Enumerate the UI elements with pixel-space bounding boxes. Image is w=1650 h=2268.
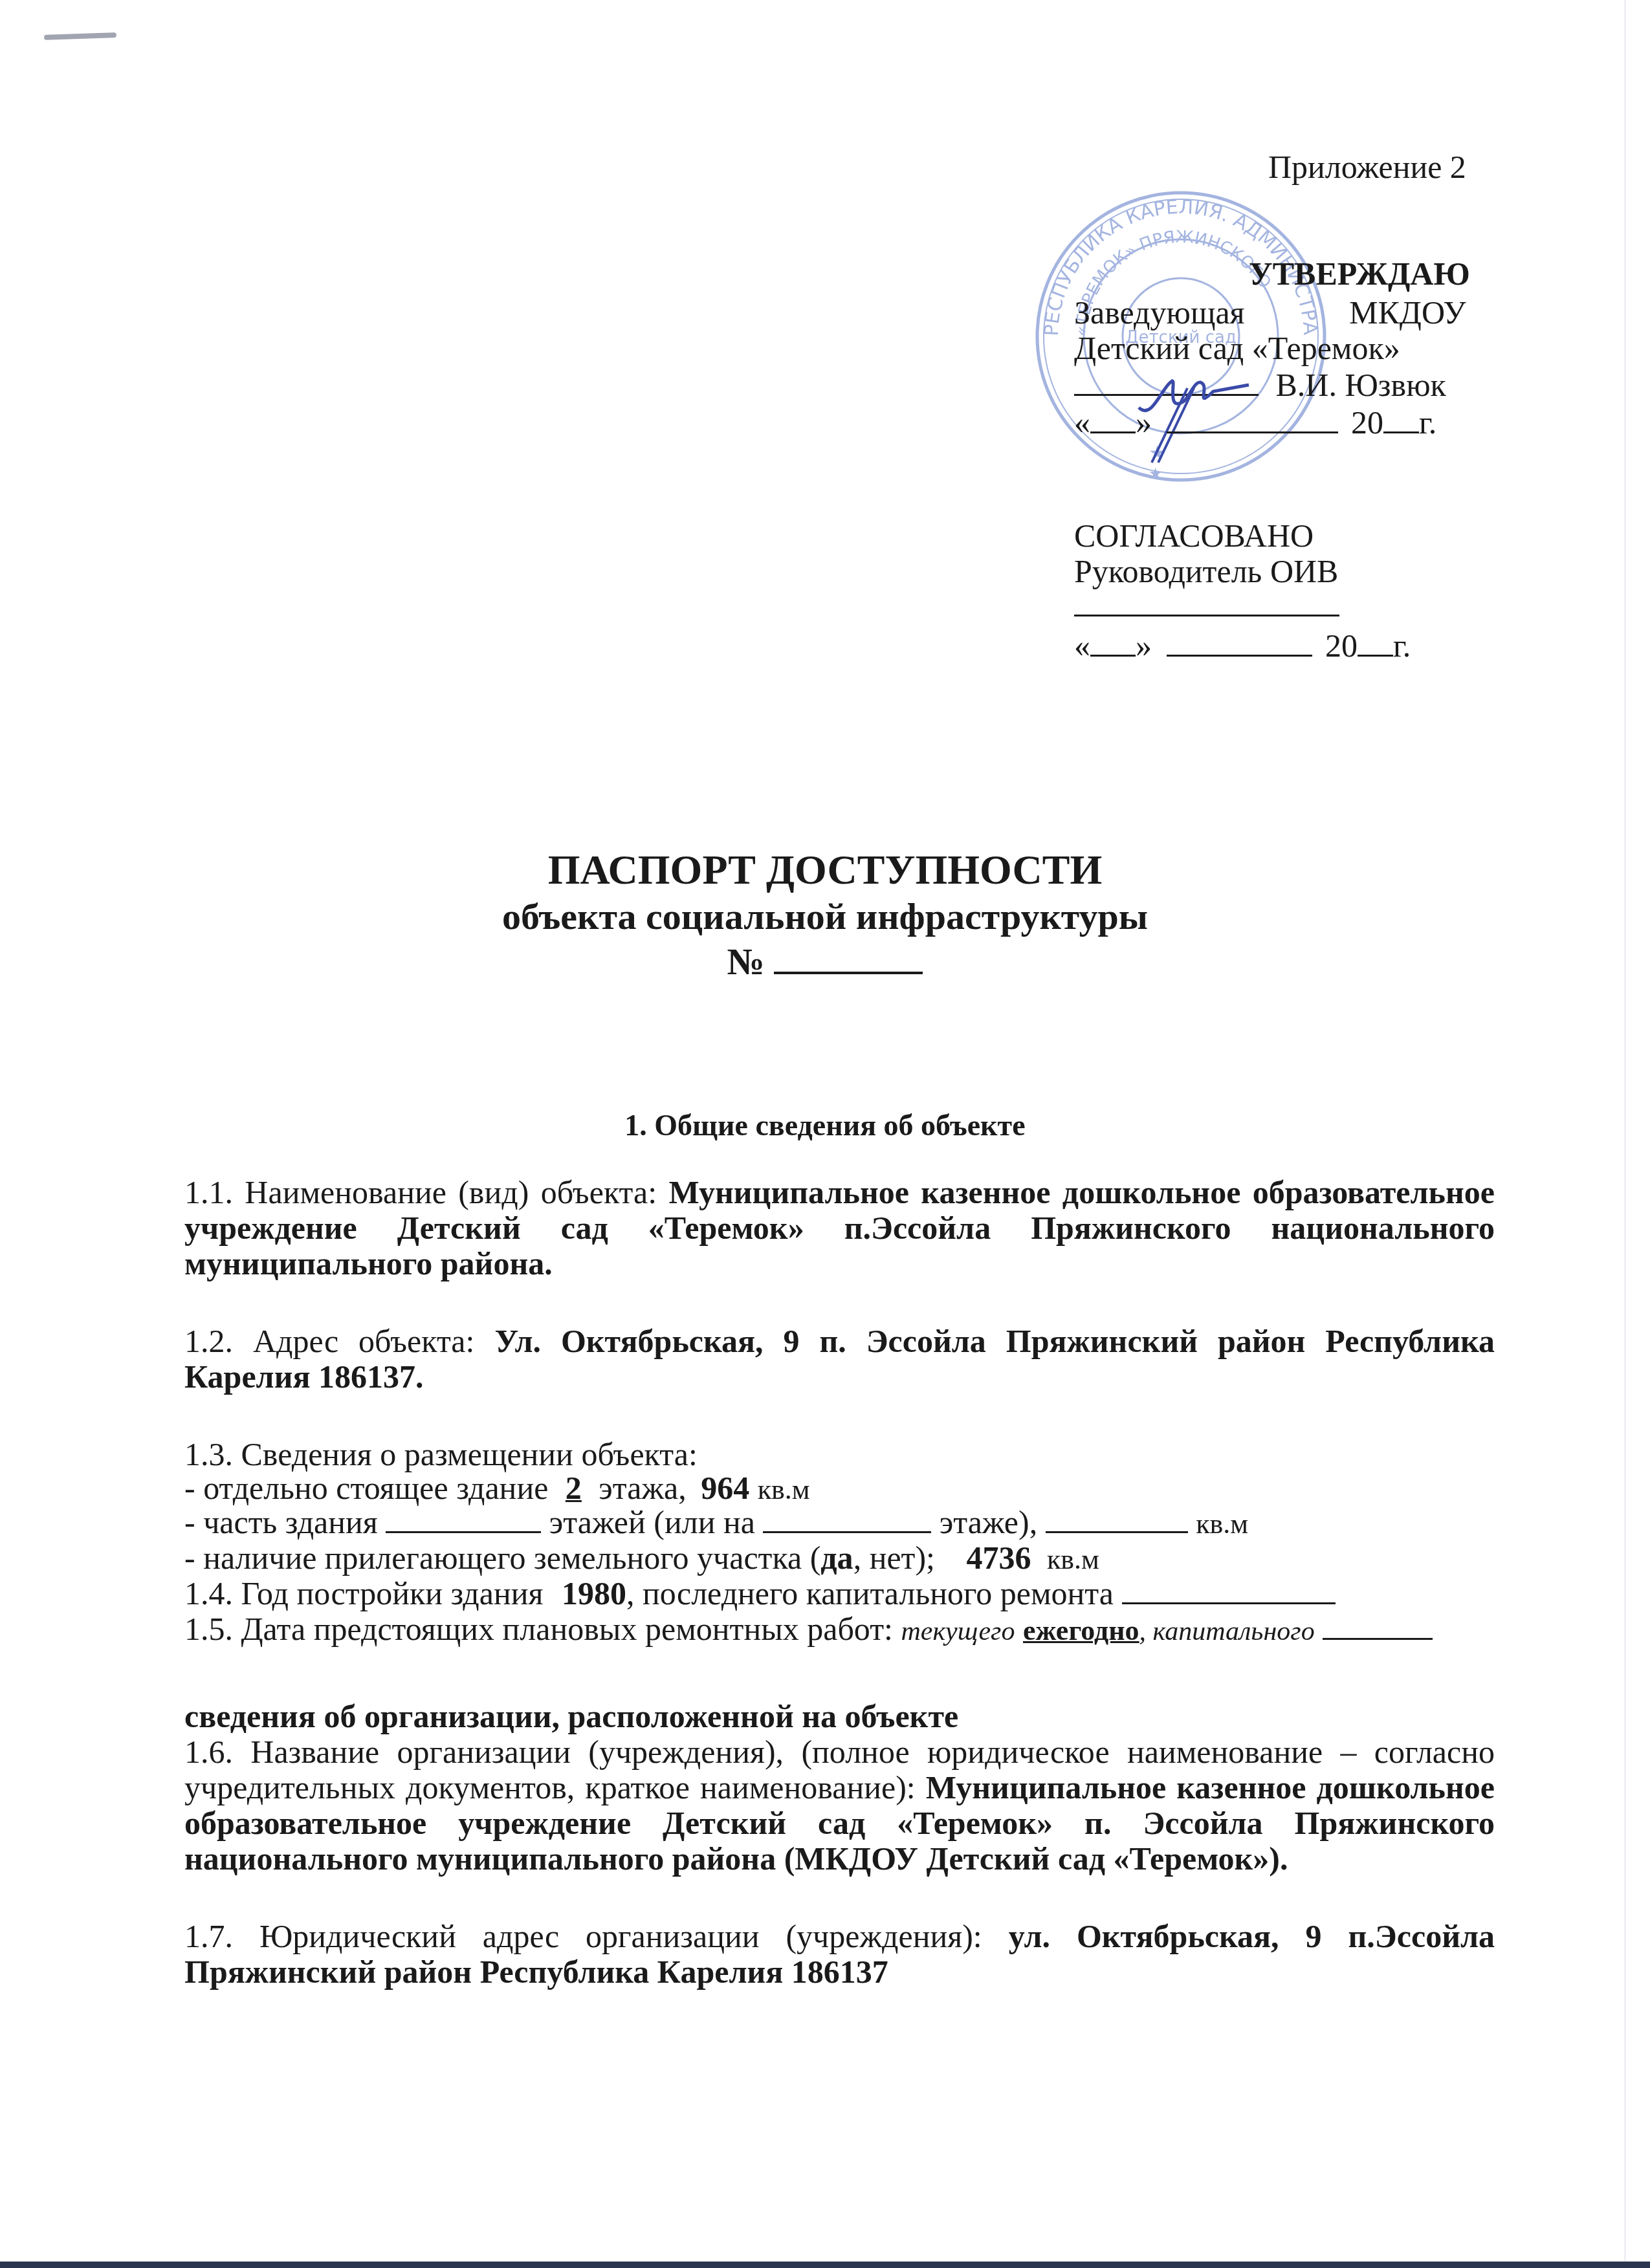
approve-title: УТВЕРЖДАЮ [1249, 256, 1470, 292]
item-1-1-line1: 1.1. Наименование (вид) объекта: Муницип… [184, 1174, 1495, 1210]
item-1-7-line1: 1.7. Юридический адрес организации (учре… [184, 1918, 1495, 1954]
item-1-6-line4: национального муниципального района (МКД… [184, 1840, 1495, 1877]
agreed-title: СОГЛАСОВАНО [1074, 518, 1314, 554]
part-floors-field[interactable] [386, 1505, 541, 1533]
doc-subtitle: объекта социальной инфраструктуры [0, 896, 1650, 937]
agreed-signature-line[interactable] [1074, 615, 1339, 616]
agreed-date-line: «» 20г. [1074, 627, 1411, 664]
item-1-3-label: 1.3. Сведения о размещении объекта: [184, 1436, 1495, 1472]
agreed-day-field[interactable] [1090, 629, 1136, 657]
part-floor-field[interactable] [763, 1505, 931, 1533]
approve-year-field[interactable] [1383, 406, 1419, 433]
item-1-5: 1.5. Дата предстоящих плановых ремонтных… [184, 1611, 1495, 1650]
item-1-6-line1: 1.6. Название организации (учреждения), … [184, 1734, 1495, 1770]
item-1-2-line2: Карелия 186137. [184, 1358, 1495, 1395]
approve-org-type: МКДОУ [1349, 294, 1466, 331]
item-1-6-line3: образовательное учреждение Детский сад «… [184, 1805, 1495, 1841]
svg-text:★: ★ [1149, 466, 1163, 483]
item-1-3-standalone: - отдельно стоящее здание 2 этажа, 964 к… [184, 1470, 1495, 1508]
doc-number: № [0, 941, 1650, 983]
item-1-1-line2: учреждение Детский сад «Теремок» п.Эссой… [184, 1210, 1495, 1246]
agreed-year-field[interactable] [1358, 629, 1393, 657]
build-year-value: 1980 [562, 1575, 626, 1611]
item-1-6-line2: учредительных документов, краткое наимен… [184, 1769, 1495, 1805]
part-area-field[interactable] [1046, 1505, 1188, 1533]
floors-value: 2 [556, 1470, 591, 1506]
land-area-value: 4736 [966, 1540, 1031, 1576]
approve-signer: В.И. Юзвюк [1276, 367, 1446, 403]
item-1-3-part: - часть здания этажей (или на этаже), кв… [184, 1504, 1495, 1542]
item-1-1-line3: муниципального района. [184, 1245, 1495, 1281]
appendix-label: Приложение 2 [1268, 149, 1466, 185]
scan-mark [44, 32, 116, 40]
org-heading: сведения об организации, расположенной н… [184, 1698, 1495, 1734]
approve-month-field[interactable] [1167, 406, 1338, 433]
item-1-2-line1: 1.2. Адрес объекта: Ул. Октябрьская, 9 п… [184, 1323, 1495, 1359]
capital-repair-field[interactable] [1323, 1612, 1433, 1640]
approve-org: Детский сад «Теремок» [1074, 330, 1400, 366]
section-1-heading: 1. Общие сведения об объекте [0, 1107, 1650, 1144]
approve-day-field[interactable] [1090, 406, 1136, 433]
approve-position: Заведующая [1074, 294, 1245, 331]
item-1-4: 1.4. Год постройки здания 1980, последне… [184, 1575, 1495, 1611]
scan-edge-bottom [0, 2262, 1650, 2268]
agreed-position: Руководитель ОИВ [1074, 553, 1338, 589]
doc-number-field[interactable] [774, 942, 923, 974]
agreed-month-field[interactable] [1167, 629, 1312, 657]
doc-title: ПАСПОРТ ДОСТУПНОСТИ [0, 847, 1650, 893]
current-repair-value: ежегодно [1023, 1615, 1139, 1646]
last-repair-field[interactable] [1122, 1576, 1336, 1604]
area-value: 964 [701, 1470, 749, 1506]
item-1-3-land: - наличие прилегающего земельного участк… [184, 1540, 1495, 1578]
approve-date-line: «» 20г. [1074, 404, 1436, 441]
item-1-7-line2: Пряжинский район Республика Карелия 1861… [184, 1954, 1495, 1990]
